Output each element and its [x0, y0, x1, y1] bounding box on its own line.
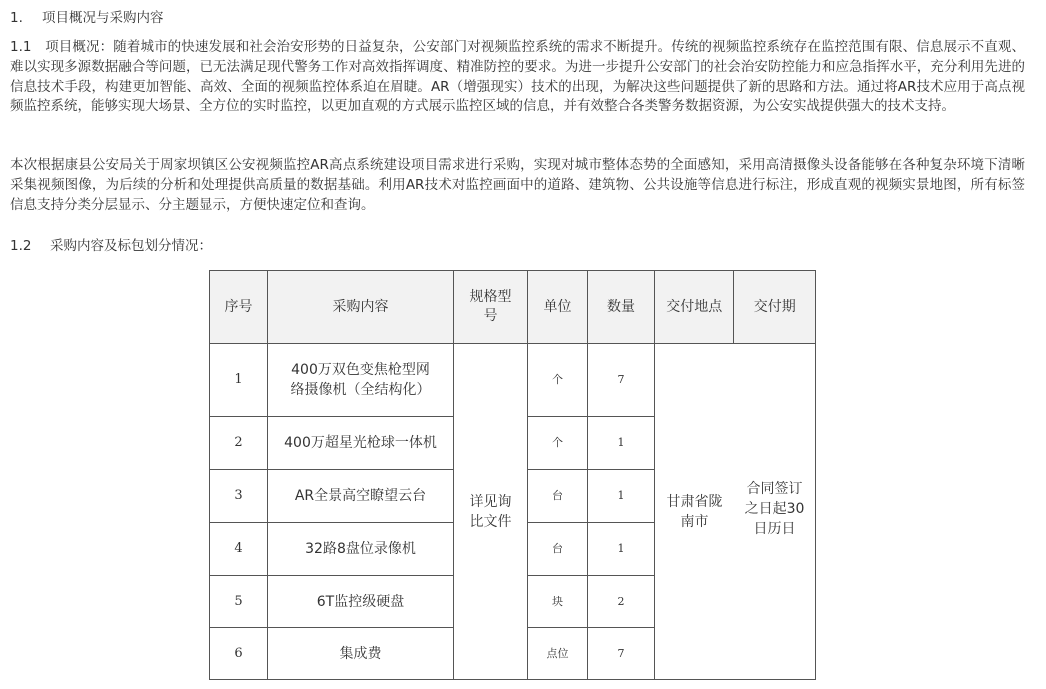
period-merged: 合同签订之日起30日历日 [734, 479, 815, 539]
row-no: 3 [210, 470, 268, 523]
location-merged-text: 甘肃省陇南市 [664, 492, 726, 532]
location-merged: 甘肃省陇南市 [655, 492, 734, 532]
row-unit: 个 [528, 344, 588, 417]
row-item: 32路8盘位录像机 [268, 523, 454, 576]
table-row: 1 400万双色变焦枪型网络摄像机（全结构化） 详见询比文件 个 7 甘肃省陇南… [210, 344, 816, 417]
row-item: 6T监控级硬盘 [268, 576, 454, 628]
row-qty: 1 [588, 417, 655, 470]
row-item: 集成费 [268, 628, 454, 680]
row-unit: 块 [528, 576, 588, 628]
section-heading: 1.项目概况与采购内容 [10, 6, 164, 26]
header-spec-text: 规格型号 [469, 288, 513, 326]
row-no: 1 [210, 344, 268, 417]
row-unit: 个 [528, 417, 588, 470]
overview-paragraph: 1.1 项目概况：随着城市的快速发展和社会治安形势的日益复杂，公安部门对视频监控… [10, 38, 1025, 117]
row-unit: 台 [528, 523, 588, 576]
period-merged-text: 合同签订之日起30日历日 [744, 479, 806, 539]
delivery-merged-cell: 甘肃省陇南市 合同签订之日起30日历日 [655, 344, 816, 680]
header-unit: 单位 [528, 271, 588, 344]
section-title: 项目概况与采购内容 [42, 10, 164, 26]
row-item: 400万超星光枪球一体机 [268, 417, 454, 470]
header-period: 交付期 [734, 271, 816, 344]
spec-merged-cell: 详见询比文件 [454, 344, 528, 680]
subsection-title: 采购内容及标包划分情况： [50, 238, 212, 254]
header-no: 序号 [210, 271, 268, 344]
row-qty: 1 [588, 523, 655, 576]
row-unit: 台 [528, 470, 588, 523]
row-item-text: 400万双色变焦枪型网络摄像机（全结构化） [286, 360, 436, 400]
row-no: 2 [210, 417, 268, 470]
row-no: 6 [210, 628, 268, 680]
row-qty: 1 [588, 470, 655, 523]
header-qty: 数量 [588, 271, 655, 344]
section-number: 1. [10, 10, 42, 26]
spec-merged-text: 详见询比文件 [468, 492, 514, 532]
row-no: 5 [210, 576, 268, 628]
row-qty: 2 [588, 576, 655, 628]
header-location: 交付地点 [655, 271, 734, 344]
row-unit: 点位 [528, 628, 588, 680]
subsection-number: 1.2 [10, 238, 50, 254]
table-header-row: 序号 采购内容 规格型号 单位 数量 交付地点 交付期 [210, 271, 816, 344]
row-no: 4 [210, 523, 268, 576]
row-qty: 7 [588, 344, 655, 417]
procurement-basis-paragraph: 本次根据康县公安局关于周家坝镇区公安视频监控AR高点系统建设项目需求进行采购，实… [10, 156, 1025, 215]
row-item: AR全景高空瞭望云台 [268, 470, 454, 523]
procurement-table: 序号 采购内容 规格型号 单位 数量 交付地点 交付期 1 400万双色变焦枪型… [209, 270, 816, 680]
subsection-heading: 1.2采购内容及标包划分情况： [10, 234, 212, 254]
header-spec: 规格型号 [454, 271, 528, 344]
row-item: 400万双色变焦枪型网络摄像机（全结构化） [268, 344, 454, 417]
header-item: 采购内容 [268, 271, 454, 344]
delivery-merged-content: 甘肃省陇南市 合同签订之日起30日历日 [655, 485, 815, 539]
row-qty: 7 [588, 628, 655, 680]
